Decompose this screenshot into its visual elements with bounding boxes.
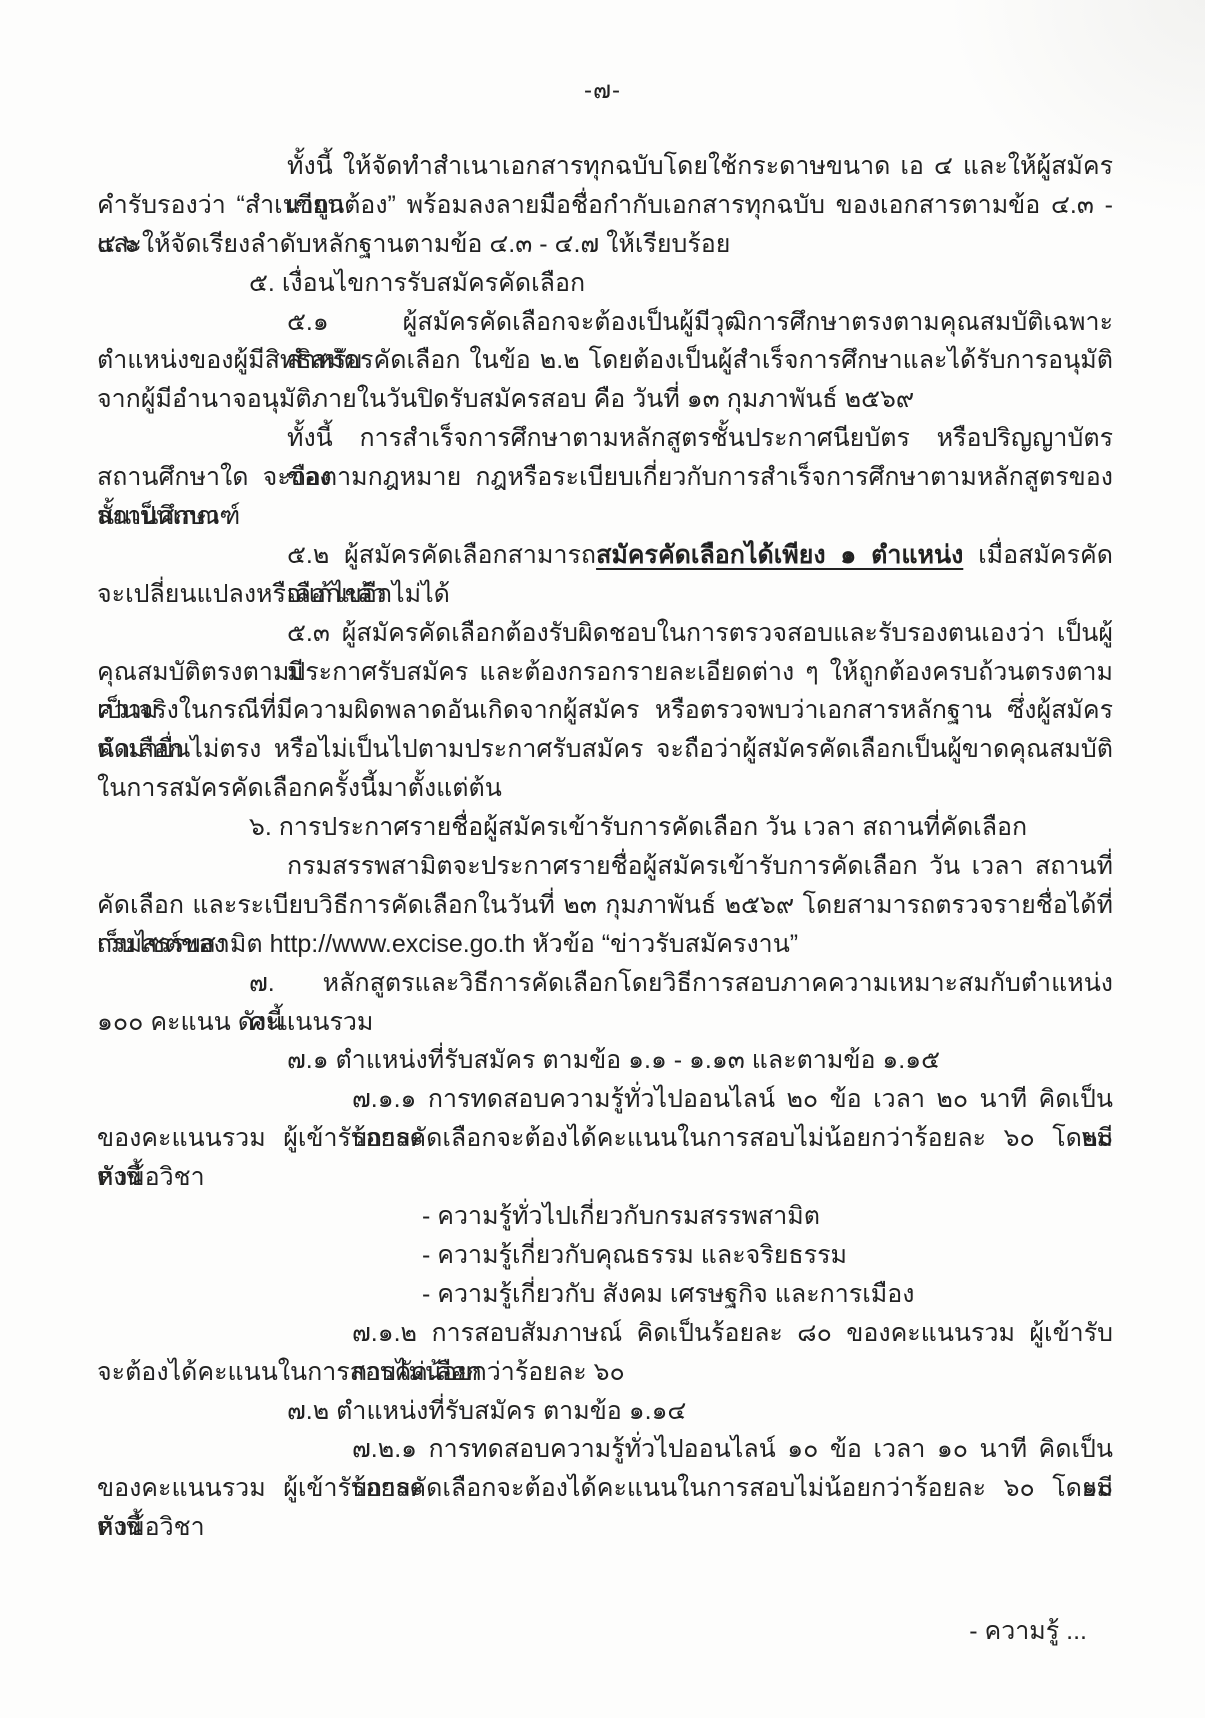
text-line: ๕.๒ ผู้สมัครคัดเลือกสามารถสมัครคัดเลือกไ… xyxy=(97,536,1113,575)
text-line: จะเปลี่ยนแปลงหรือแก้ไขอีกไม่ได้ xyxy=(97,575,1113,614)
text-line: คุณสมบัติตรงตามประกาศรับสมัคร และต้องกรอ… xyxy=(97,653,1113,692)
text-line: ๗.๒ ตำแหน่งที่รับสมัคร ตามข้อ ๑.๑๔ xyxy=(97,1392,1113,1431)
text-segment: ๕.๒ ผู้สมัครคัดเลือกสามารถ xyxy=(287,541,596,569)
emphasized-text: สมัครคัดเลือกได้เพียง ๑ ตำแหน่ง xyxy=(596,541,963,569)
text-line: กรมสรรพสามิต http://www.excise.go.th หัว… xyxy=(97,925,1113,964)
text-line: และให้จัดเรียงลำดับหลักฐานตามข้อ ๔.๓ - ๔… xyxy=(97,225,1113,264)
text-line: กรมสรรพสามิตจะประกาศรายชื่อผู้สมัครเข้าร… xyxy=(97,847,1113,886)
continuation-footer: - ความรู้ ... xyxy=(969,1612,1087,1651)
text-line: ๗.๑ ตำแหน่งที่รับสมัคร ตามข้อ ๑.๑ - ๑.๑๓… xyxy=(97,1041,1113,1080)
text-line: ๖. การประกาศรายชื่อผู้สมัครเข้ารับการคัด… xyxy=(97,808,1113,847)
text-line: ทั้งนี้ ให้จัดทำสำเนาเอกสารทุกฉบับโดยใช้… xyxy=(97,147,1113,186)
text-line: นั้นเป็นเกณฑ์ xyxy=(97,497,1113,536)
text-line: ๕. เงื่อนไขการรับสมัครคัดเลือก xyxy=(97,264,1113,303)
text-line: ๕.๑ ผู้สมัครคัดเลือกจะต้องเป็นผู้มีวุฒิก… xyxy=(97,303,1113,342)
text-line: คำรับรองว่า “สำเนาถูกต้อง” พร้อมลงลายมือ… xyxy=(97,186,1113,225)
text-line: ๗.๒.๑ การทดสอบความรู้ทั่วไปออนไลน์ ๑๐ ข้… xyxy=(97,1430,1113,1469)
page-number: -๗- xyxy=(0,70,1205,109)
text-line: จากผู้มีอำนาจอนุมัติภายในวันปิดรับสมัครส… xyxy=(97,380,1113,419)
text-line: ของคะแนนรวม ผู้เข้ารับการคัดเลือกจะต้องไ… xyxy=(97,1469,1113,1508)
text-line: ๑๐๐ คะแนน ดังนี้ xyxy=(97,1003,1113,1042)
text-line: คัดเลือก และระเบียบวิธีการคัดเลือกในวันท… xyxy=(97,886,1113,925)
text-line: - ความรู้เกี่ยวกับ สังคม เศรษฐกิจ และการ… xyxy=(97,1275,1113,1314)
text-line: ของคะแนนรวม ผู้เข้ารับการคัดเลือกจะต้องไ… xyxy=(97,1119,1113,1158)
text-line: ๗. หลักสูตรและวิธีการคัดเลือกโดยวิธีการส… xyxy=(97,964,1113,1003)
text-line: ทั้งนี้ การสำเร็จการศึกษาตามหลักสูตรชั้น… xyxy=(97,419,1113,458)
text-line: - ความรู้เกี่ยวกับคุณธรรม และจริยธรรม xyxy=(97,1236,1113,1275)
text-line: ดังนี้ xyxy=(97,1158,1113,1197)
text-line: ๕.๓ ผู้สมัครคัดเลือกต้องรับผิดชอบในการตร… xyxy=(97,614,1113,653)
document-body: ทั้งนี้ ให้จัดทำสำเนาเอกสารทุกฉบับโดยใช้… xyxy=(97,147,1113,1547)
text-line: ตำแหน่งของผู้มีสิทธิสมัครคัดเลือก ในข้อ … xyxy=(97,341,1113,380)
text-line: ๗.๑.๑ การทดสอบความรู้ทั่วไปออนไลน์ ๒๐ ข้… xyxy=(97,1080,1113,1119)
text-line: ในการสมัครคัดเลือกครั้งนี้มาตั้งแต่ต้น xyxy=(97,769,1113,808)
text-line: - ความรู้ทั่วไปเกี่ยวกับกรมสรรพสามิต xyxy=(97,1197,1113,1236)
text-line: นำมายื่นไม่ตรง หรือไม่เป็นไปตามประกาศรับ… xyxy=(97,730,1113,769)
text-line: สถานศึกษาใด จะถือตามกฎหมาย กฎหรือระเบียบ… xyxy=(97,458,1113,497)
text-line: ๗.๑.๒ การสอบสัมภาษณ์ คิดเป็นร้อยละ ๘๐ ขอ… xyxy=(97,1314,1113,1353)
text-line: เป็นจริงในกรณีที่มีความผิดพลาดอันเกิดจาก… xyxy=(97,691,1113,730)
text-line: ดังนี้ xyxy=(97,1508,1113,1547)
scanned-document-page: -๗- ทั้งนี้ ให้จัดทำสำเนาเอกสารทุกฉบับโด… xyxy=(0,0,1205,1718)
text-line: จะต้องได้คะแนนในการสอบไม่น้อยกว่าร้อยละ … xyxy=(97,1353,1113,1392)
